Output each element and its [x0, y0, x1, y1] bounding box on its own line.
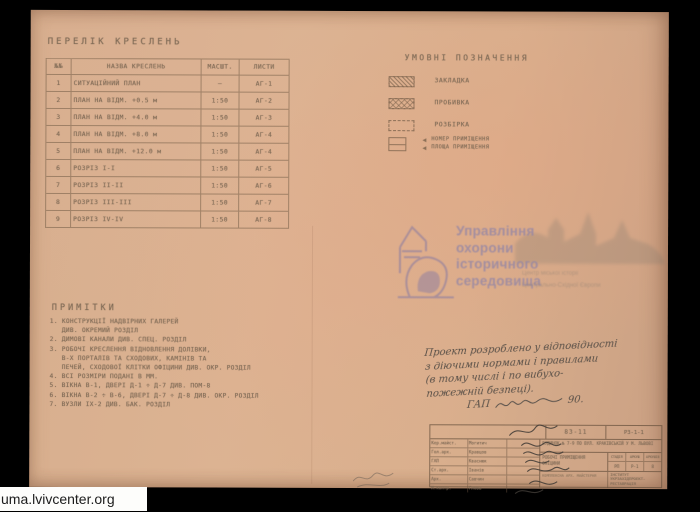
person-name: Могитич: [468, 439, 508, 447]
table-row: 4 ПЛАН НА ВІДМ. +8.0 м 1:50 АГ-4: [46, 126, 289, 144]
department-name: КОМПЛЕКСНА АРХ. МАЙСТЕРНЯ: [540, 471, 608, 488]
person-role: Арх.: [430, 475, 468, 483]
cell-scale: 1:50: [201, 92, 239, 109]
person-signature-cell: [507, 476, 539, 484]
legend-symbol-icon: [388, 120, 414, 131]
cell-name: ПЛАН НА ВІДМ. +8.0 м: [71, 126, 201, 143]
room-tag-icon: [388, 137, 406, 151]
legend-items: ЗАКЛАДКА ПРОБИВКА РОЗБІРКА: [360, 75, 590, 142]
table-header-row: №№ НАЗВА КРЕСЛЕНЬ МАСШТ. ЛИСТИ: [47, 59, 290, 76]
cell-scale: 1:50: [201, 109, 239, 126]
project-name: БУДИНОК № 7-9 ПО ВУЛ. КРАКІВСЬКІЙ У М. Л…: [540, 440, 661, 453]
cell-name: СИТУАЦІЙНИЙ ПЛАН: [72, 75, 202, 92]
title-block-empty-cell: [430, 425, 546, 438]
cell-sheet: АГ-8: [239, 212, 289, 229]
note-line: 7. ВУЗЛИ ІХ-2 ДИВ. БАК. РОЗДІЛ: [49, 400, 258, 410]
cell-scale: 1:50: [201, 160, 239, 177]
signature-icon: [493, 394, 564, 411]
cell-scale: 1:50: [201, 194, 239, 211]
signature-table: Кер.майст. Могитич Гол.арх. Кравцов ГАП …: [430, 439, 540, 487]
cell-scale: 1:50: [201, 177, 239, 194]
table-body: 1 СИТУАЦІЙНИЙ ПЛАН — АГ-1 2 ПЛАН НА ВІДМ…: [46, 75, 290, 229]
col-header-number: №№: [47, 59, 72, 75]
legend: УМОВНІ ПОЗНАЧЕННЯ ЗАКЛАДКА ПРОБИВКА РОЗБ…: [361, 51, 591, 52]
table-row: 3 ПЛАН НА ВІДМ. +4.0 м 1:50 АГ-3: [46, 109, 289, 127]
notes-title: ПРИМІТКИ: [52, 303, 117, 313]
person-role: Гол.арх.: [430, 448, 468, 456]
cell-sheet: АГ-4: [239, 144, 289, 161]
urban-history-center-watermark: Центр міської історії Центрально-Східної…: [522, 268, 601, 292]
legend-symbol-icon: [388, 98, 414, 109]
room-area-label: ПЛОЩА ПРИМІЩЕННЯ: [422, 143, 489, 151]
legend-item: ЗАКЛАДКА: [361, 75, 591, 92]
person-name: Глова: [468, 484, 508, 492]
person-signature-cell: [508, 458, 540, 466]
cell-sheet: АГ-1: [240, 76, 290, 93]
cell-sheet: АГ-7: [239, 195, 289, 212]
table-row: 8 РОЗРІЗ ІІІ-ІІІ 1:50 АГ-7: [46, 194, 289, 212]
table-row: 2 ПЛАН НА ВІДМ. +0.5 м 1:50 АГ-2: [46, 92, 289, 110]
cell-sheet: АГ-2: [239, 93, 289, 110]
person-signature-cell: [508, 449, 540, 457]
stage-header-row: СТАДІЯ АРКУШ АРКУШІВ: [608, 452, 661, 461]
room-number-label: НОМЕР ПРИМІЩЕННЯ: [422, 135, 489, 143]
person-signature-cell: [508, 467, 540, 475]
signature-row: Н.контр. Глова: [430, 484, 539, 492]
cell-number: 1: [47, 75, 72, 92]
cell-scale: 1:50: [201, 143, 239, 160]
legend-item-label: ПРОБИВКА: [435, 99, 470, 106]
paper-crease: [311, 226, 313, 484]
cell-scale: —: [202, 75, 240, 92]
legend-item-label: РОЗБІРКА: [434, 121, 469, 128]
person-role: Ст.арх.: [430, 466, 468, 474]
person-name: Савчин: [468, 475, 508, 483]
col-header-scale: МАСШТ.: [202, 59, 240, 75]
stage-table: СТАДІЯ АРКУШ АРКУШІВ РП Р-1 8: [608, 452, 661, 470]
signature-row: Арх. Савчин: [430, 475, 539, 484]
person-role: ГАП: [430, 457, 468, 465]
signature-row: Ст.арх. Іванів: [430, 466, 539, 475]
person-role: Н.контр.: [430, 484, 468, 492]
title-block: 83-11 РЗ-1-1 Кер.майст. Могитич Гол.арх.…: [429, 424, 662, 488]
archive-watermark: uma.lvivcenter.org: [0, 487, 147, 511]
cell-scale: 1:50: [201, 126, 239, 143]
cell-name: РОЗРІЗ ІV-ІV: [71, 211, 201, 228]
cell-scale: 1:50: [201, 211, 239, 228]
person-role: Кер.майст.: [430, 439, 468, 447]
table-row: 1 СИТУАЦІЙНИЙ ПЛАН — АГ-1: [47, 75, 290, 93]
table-row: 7 РОЗРІЗ ІІ-ІІ 1:50 АГ-6: [46, 177, 289, 195]
cell-name: РОЗРІЗ ІІІ-ІІІ: [71, 194, 201, 211]
cell-number: 8: [46, 194, 71, 211]
signature-row: ГАП Кваснюк: [430, 457, 539, 466]
legend-room-tag: НОМЕР ПРИМІЩЕННЯ ПЛОЩА ПРИМІЩЕННЯ: [388, 135, 588, 158]
signoff-year: 90.: [567, 394, 584, 408]
paper-sheet: ПЕРЕЛІК КРЕСЛЕНЬ №№ НАЗВА КРЕСЛЕНЬ МАСШТ…: [29, 10, 669, 489]
cell-number: 5: [46, 143, 71, 160]
person-name: Іванів: [468, 466, 508, 474]
table-row: 5 ПЛАН НА ВІДМ. +12.0 м 1:50 АГ-4: [46, 143, 289, 161]
cell-name: ПЛАН НА ВІДМ. +4.0 м: [71, 109, 201, 126]
cell-name: РОЗРІЗ ІІ-ІІ: [71, 177, 201, 194]
cell-number: 3: [46, 109, 71, 126]
handwritten-note: Проект розроблено у відповідності з діюч…: [424, 336, 647, 415]
person-signature-cell: [507, 485, 539, 493]
cell-sheet: АГ-3: [239, 110, 289, 127]
cell-name: ПЛАН НА ВІДМ. +12.0 м: [71, 143, 201, 160]
person-signature-cell: [508, 440, 540, 448]
signature-row: Гол.арх. Кравцов: [430, 448, 539, 457]
legend-item-label: ЗАКЛАДКА: [435, 77, 470, 84]
archive-watermark-text: uma.lvivcenter.org: [1, 491, 115, 507]
table-row: 9 РОЗРІЗ ІV-ІV 1:50 АГ-8: [46, 211, 289, 229]
person-name: Кваснюк: [468, 457, 508, 465]
cell-number: 7: [46, 177, 71, 194]
cell-number: 6: [46, 160, 71, 177]
signoff-role: ГАП: [466, 398, 490, 413]
cell-sheet: АГ-4: [239, 127, 289, 144]
cell-sheet: АГ-6: [239, 178, 289, 195]
signature-row: Кер.майст. Могитич: [430, 439, 539, 448]
person-name: Кравцов: [468, 448, 508, 456]
drawing-list-table: №№ НАЗВА КРЕСЛЕНЬ МАСШТ. ЛИСТИ 1 СИТУАЦІ…: [45, 58, 290, 229]
col-header-sheet: ЛИСТИ: [240, 60, 290, 76]
cell-number: 2: [46, 92, 71, 109]
stage-value-row: РП Р-1 8: [608, 461, 661, 470]
cell-number: 4: [46, 126, 71, 143]
legend-item: ПРОБИВКА: [360, 97, 590, 114]
cell-number: 9: [46, 211, 71, 228]
legend-symbol-icon: [389, 76, 415, 87]
notes-list: 1. КОНСТРУКЦІЇ НАДВІРНИХ ГАЛЕРЕЙ ДИВ. ОК…: [49, 317, 259, 410]
legend-item: РОЗБІРКА: [360, 119, 590, 136]
organization-name: ІНСТИТУТ УКРЗАХІДПРОЕКТ- РЕСТАВРАЦІЯ: [608, 472, 661, 489]
project-code: 83-11: [546, 426, 606, 439]
cell-sheet: АГ-5: [239, 161, 289, 178]
sheet-code: РЗ-1-1: [606, 426, 661, 439]
scanned-document-canvas: ПЕРЕЛІК КРЕСЛЕНЬ №№ НАЗВА КРЕСЛЕНЬ МАСШТ…: [0, 0, 700, 512]
cell-name: ПЛАН НА ВІДМ. +0.5 м: [71, 92, 201, 109]
heritage-office-logo-icon: [396, 217, 458, 301]
table-row: 6 РОЗРІЗ І-І 1:50 АГ-5: [46, 160, 289, 178]
legend-title: УМОВНІ ПОЗНАЧЕННЯ: [405, 53, 529, 62]
col-header-name: НАЗВА КРЕСЛЕНЬ: [72, 59, 202, 75]
sheet-title: РОБОЧІ ПРИМІЩЕННЯ ОФІЦИНИ: [540, 452, 608, 470]
cell-name: РОЗРІЗ І-І: [71, 160, 201, 177]
drawing-list-title: ПЕРЕЛІК КРЕСЛЕНЬ: [48, 37, 183, 47]
pencil-marks-icon: [349, 455, 419, 491]
